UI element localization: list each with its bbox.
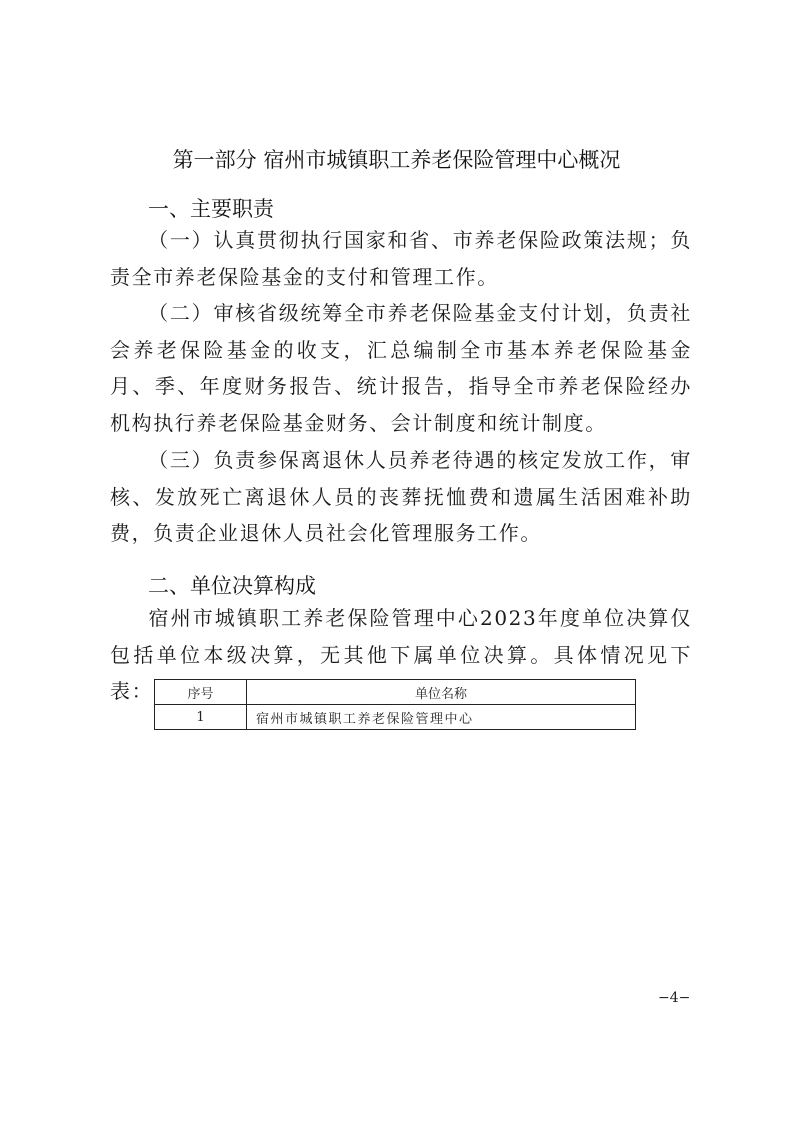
header-index: 序号 (155, 680, 247, 705)
unit-table: 序号 单位名称 1 宿州市城镇职工养老保险管理中心 (154, 679, 636, 730)
duty-paragraph-3: （三）负责参保离退休人员养老待遇的核定发放工作，审核、发放死亡离退休人员的丧葬抚… (110, 442, 692, 552)
section-heading-unit-composition: 二、单位决算构成 (148, 570, 316, 600)
section-heading-main-duties: 一、主要职责 (148, 193, 274, 223)
table-header-row: 序号 单位名称 (155, 680, 636, 705)
cell-unit-name: 宿州市城镇职工养老保险管理中心 (247, 705, 636, 730)
cell-index: 1 (155, 705, 247, 730)
header-unit-name: 单位名称 (247, 680, 636, 705)
duty-paragraph-2: （二）审核省级统筹全市养老保险基金支付计划，负责社会养老保险基金的收支，汇总编制… (110, 295, 692, 441)
table-row: 1 宿州市城镇职工养老保险管理中心 (155, 705, 636, 730)
page-number: −4− (658, 990, 690, 1006)
duty-paragraph-1: （一）认真贯彻执行国家和省、市养老保险政策法规；负责全市养老保险基金的支付和管理… (110, 222, 692, 295)
page-title: 第一部分 宿州市城镇职工养老保险管理中心概况 (0, 144, 793, 174)
